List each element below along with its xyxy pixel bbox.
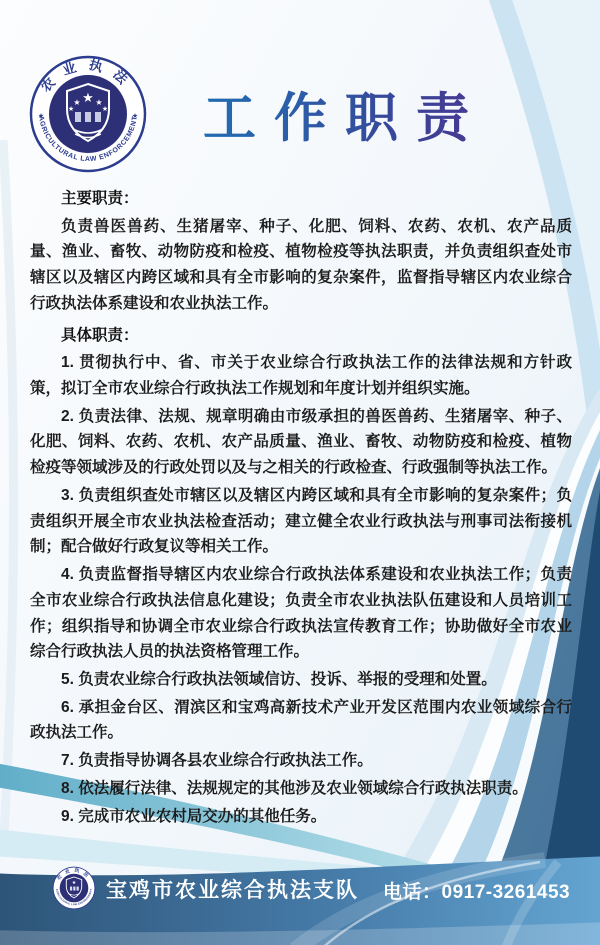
badge-star-icon: ★ <box>72 880 76 886</box>
phone-value: 0917-3261453 <box>442 882 571 903</box>
duty-item-1: 1. 贯彻执行中、省、市关于农业综合行政执法工作的法律法规和方针政策，拟订全市农… <box>30 350 572 401</box>
footer: ★ 农业执法 AGRICULTURAL LAW ENFORCEMENT 宝鸡市农… <box>0 853 600 945</box>
badge-star-icon: ★ <box>68 105 74 113</box>
duty-item-4: 4. 负责监督指导辖区内农业综合行政执法体系建设和农业执法工作；负责全市农业综合… <box>30 562 572 665</box>
badge-star-icon: ★ <box>73 98 80 107</box>
duty-item-3: 3. 负责组织查处市辖区以及辖区内跨区域和具有全市影响的复杂案件；负责组织开展全… <box>30 483 572 560</box>
duty-item-7: 7. 负责指导协调各县农业综合行政执法工作。 <box>30 748 572 774</box>
major-duties-body: 负责兽医兽药、生猪屠宰、种子、化肥、饲料、农药、农机、农产品质量、渔业、畜牧、动… <box>30 214 572 317</box>
header: ★ ★ ★ ★ ★ 农业执法 AGRICULTURA <box>0 0 600 180</box>
duties-text: 主要职责： 负责兽医兽药、生猪屠宰、种子、化肥、饲料、农药、农机、农产品质量、渔… <box>0 180 600 829</box>
footer-agency-badge: ★ 农业执法 AGRICULTURAL LAW ENFORCEMENT <box>52 866 96 910</box>
agency-badge-icon: ★ ★ ★ ★ ★ 农业执法 AGRICULTURA <box>28 54 148 174</box>
footer-agency-badge-icon: ★ 农业执法 AGRICULTURAL LAW ENFORCEMENT <box>52 866 96 910</box>
duty-item-2: 2. 负责法律、法规、规章明确由市级承担的兽医兽药、生猪屠宰、种子、化肥、饲料、… <box>30 404 572 481</box>
duty-item-6: 6. 承担金台区、渭滨区和宝鸡高新技术产业开发区范围内农业领域综合行政执法工作。 <box>30 695 572 746</box>
page-title: 工作职责 <box>148 76 524 152</box>
major-duties-heading: 主要职责： <box>30 186 572 212</box>
phone-number: 电话：0917-3261453 <box>383 877 570 904</box>
duty-item-5: 5. 负责农业综合行政执法领域信访、投诉、举报的受理和处置。 <box>30 667 572 693</box>
organization-name: 宝鸡市农业综合执法支队 <box>106 874 359 904</box>
badge-star-icon: ★ <box>102 105 108 113</box>
duty-item-9: 9. 完成市农业农村局交办的其他任务。 <box>30 804 572 830</box>
detail-duties-heading: 具体职责： <box>30 323 572 349</box>
badge-star-icon: ★ <box>82 90 94 105</box>
poster: ★ ★ ★ ★ ★ 农业执法 AGRICULTURA <box>0 0 600 945</box>
badge-side-star-icon: ★ <box>38 112 44 120</box>
agency-badge-logo: ★ ★ ★ ★ ★ 农业执法 AGRICULTURA <box>28 54 148 174</box>
duty-item-8: 8. 依法履行法律、法规规定的其他涉及农业领域综合行政执法职责。 <box>30 776 572 802</box>
badge-side-star-icon: ★ <box>132 112 138 120</box>
phone-label: 电话： <box>383 882 442 903</box>
